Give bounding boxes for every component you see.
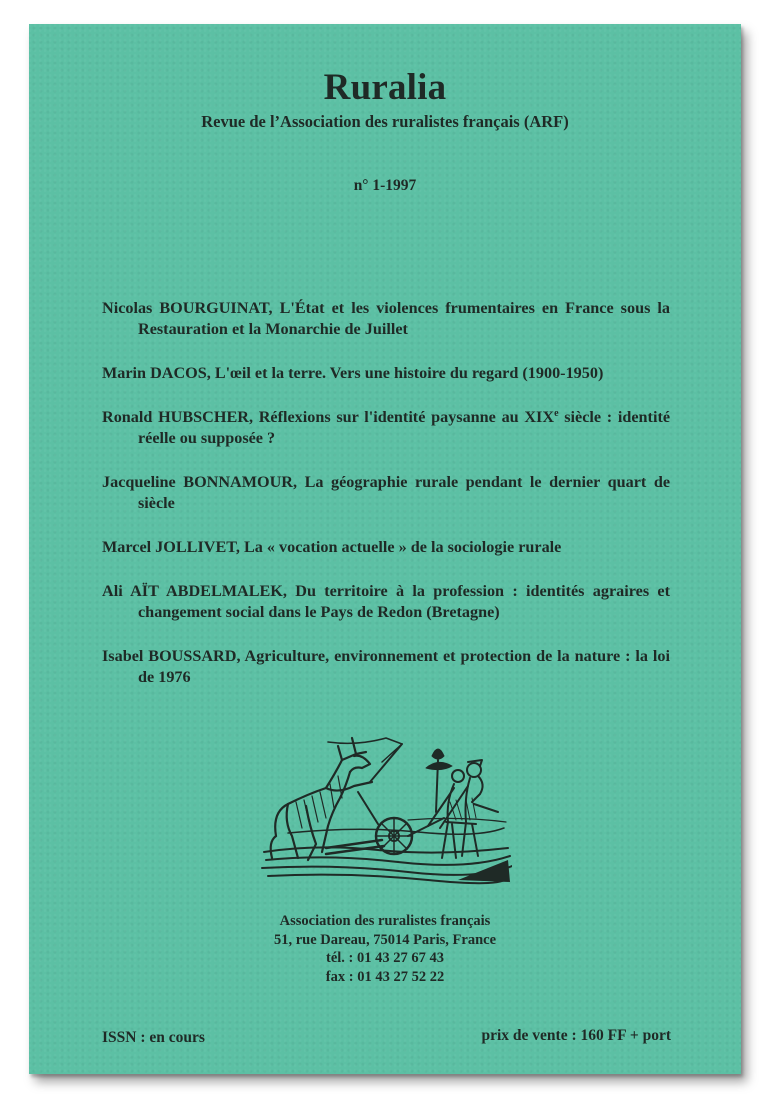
price-label: prix de vente : 160 FF + port [482,1026,672,1046]
issue-number: n° 1-1997 [29,176,741,196]
contents-entry: Isabel BOUSSARD, Agriculture, environnem… [102,646,670,688]
phone-number: tél. : 01 43 27 67 43 [29,949,741,968]
publisher-address: Association des ruralistes français 51, … [29,912,741,987]
entry-author: Nicolas BOURGUINAT [102,299,269,317]
contents-entry: Ronald HUBSCHER, Réflexions sur l'identi… [102,407,670,449]
entry-title-part: Réflexions sur l'identité paysanne au XI… [259,408,554,426]
contents-entry: Ali AÏT ABDELMALEK, Du territoire à la p… [102,581,670,623]
journal-cover: Ruralia Revue de l’Association des rural… [29,24,741,1074]
entry-author: Marcel JOLLIVET [102,538,236,556]
association-name: Association des ruralistes français [29,912,741,931]
contents-entry: Nicolas BOURGUINAT, L'État et les violen… [102,298,670,340]
journal-subtitle: Revue de l’Association des ruralistes fr… [29,112,741,132]
contents-entry: Marcel JOLLIVET, La « vocation actuelle … [102,537,670,558]
woodcut-plough-illustration-icon [258,732,512,888]
entry-title: L'œil et la terre. Vers une histoire du … [215,364,603,382]
journal-title: Ruralia [29,68,741,108]
entry-author: Jacqueline BONNAMOUR [102,473,293,491]
contents-entry: Jacqueline BONNAMOUR, La géographie rura… [102,472,670,514]
entry-author: Ali AÏT ABDELMALEK [102,582,283,600]
contents-entry: Marin DACOS, L'œil et la terre. Vers une… [102,363,670,384]
entry-title: La « vocation actuelle » de la sociologi… [244,538,561,556]
street-address: 51, rue Dareau, 75014 Paris, France [29,931,741,950]
entry-author: Marin DACOS [102,364,207,382]
entry-author: Isabel BOUSSARD [102,647,236,665]
issn-label: ISSN : en cours [102,1028,205,1048]
entry-author: Ronald HUBSCHER [102,408,249,426]
fax-number: fax : 01 43 27 52 22 [29,968,741,987]
table-of-contents: Nicolas BOURGUINAT, L'État et les violen… [102,298,670,711]
